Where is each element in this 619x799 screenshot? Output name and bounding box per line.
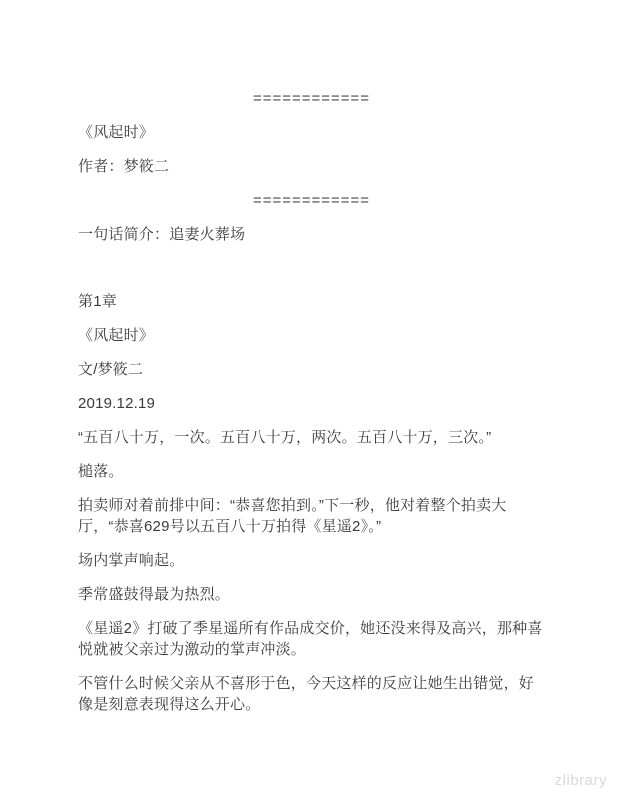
author-line: 作者：梦筱二 [78, 156, 545, 177]
intro-line: 一句话简介：追妻火葬场 [78, 224, 545, 245]
book-title: 《风起时》 [78, 122, 545, 143]
separator-line: ============ [78, 190, 545, 211]
chapter-title: 《风起时》 [78, 325, 545, 346]
body-paragraph: 《星遥2》打破了季星遥所有作品成交价，她还没来得及高兴，那种喜悦就被父亲过为激动… [78, 618, 545, 660]
document-content: ============ 《风起时》 作者：梦筱二 ============ 一… [78, 88, 545, 728]
chapter-heading: 第1章 [78, 291, 545, 312]
separator-line: ============ [78, 88, 545, 109]
body-paragraph: 拍卖师对着前排中间：“恭喜您拍到。”下一秒，他对着整个拍卖大厅，“恭喜629号以… [78, 495, 545, 537]
document-page: ============ 《风起时》 作者：梦筱二 ============ 一… [0, 0, 619, 799]
body-paragraph: 槌落。 [78, 461, 545, 482]
body-paragraph: 场内掌声响起。 [78, 550, 545, 571]
body-paragraph: 不管什么时候父亲从不喜形于色，今天这样的反应让她生出错觉，好像是刻意表现得这么开… [78, 673, 545, 715]
date-line: 2019.12.19 [78, 393, 545, 414]
watermark: zlibrary [555, 772, 607, 789]
body-paragraph: “五百八十万，一次。五百八十万，两次。五百八十万，三次。” [78, 427, 545, 448]
byline: 文/梦筱二 [78, 359, 545, 380]
body-paragraph: 季常盛鼓得最为热烈。 [78, 584, 545, 605]
